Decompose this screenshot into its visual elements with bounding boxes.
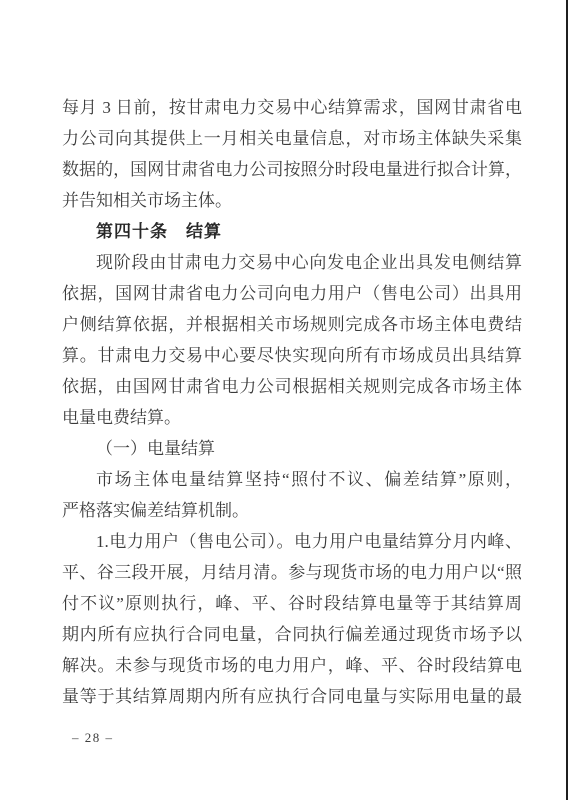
- text-line: 量等于其结算周期内所有应执行合同电量与实际用电量的最: [62, 681, 522, 712]
- text-line: 解决。未参与现货市场的电力用户，峰、平、谷时段结算电: [62, 650, 522, 681]
- text-line: 平、谷三段开展，月结月清。参与现货市场的电力用户以“照: [62, 557, 522, 588]
- text-line: 严格落实偏差结算机制。: [62, 495, 522, 526]
- subsection-heading: （一）电量结算: [62, 433, 522, 464]
- text-line: 数据的，国网甘肃省电力公司按照分时段电量进行拟合计算，: [62, 154, 522, 185]
- page-number: – 28 –: [72, 730, 114, 746]
- text-line: 力公司向其提供上一月相关电量信息，对市场主体缺失采集: [62, 123, 522, 154]
- text-line: 付不议”原则执行，峰、平、谷时段结算电量等于其结算周: [62, 588, 522, 619]
- section-heading: 第四十条 结算: [62, 216, 522, 247]
- text-line: 算。甘肃电力交易中心要尽快实现向所有市场成员出具结算: [62, 340, 522, 371]
- text-line: 每月 3 日前，按甘肃电力交易中心结算需求，国网甘肃省电: [62, 92, 522, 123]
- text-line: 市场主体电量结算坚持“照付不议、偏差结算”原则，: [62, 464, 522, 495]
- text-line: 依据，国网甘肃省电力公司向电力用户（售电公司）出具用: [62, 278, 522, 309]
- text-line: 并告知相关市场主体。: [62, 185, 522, 216]
- text-line: 期内所有应执行合同电量，合同执行偏差通过现货市场予以: [62, 619, 522, 650]
- document-page: 每月 3 日前，按甘肃电力交易中心结算需求，国网甘肃省电 力公司向其提供上一月相…: [0, 0, 568, 800]
- text-line: 现阶段由甘肃电力交易中心向发电企业出具发电侧结算: [62, 247, 522, 278]
- text-line: 电量电费结算。: [62, 402, 522, 433]
- text-line: 户侧结算依据，并根据相关市场规则完成各市场主体电费结: [62, 309, 522, 340]
- text-line: 依据，由国网甘肃省电力公司根据相关规则完成各市场主体: [62, 371, 522, 402]
- document-body: 每月 3 日前，按甘肃电力交易中心结算需求，国网甘肃省电 力公司向其提供上一月相…: [62, 92, 522, 712]
- text-line: 1.电力用户（售电公司）。电力用户电量结算分月内峰、: [62, 526, 522, 557]
